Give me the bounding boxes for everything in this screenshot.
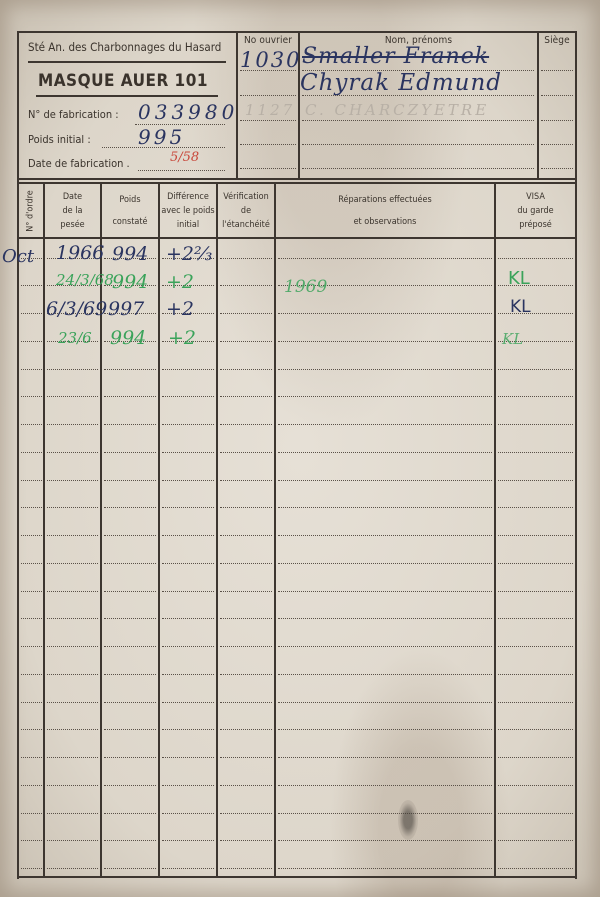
col-header-poids: Poids constaté [102, 184, 158, 237]
row-dotted-line [21, 674, 42, 675]
row-dotted-line [21, 313, 42, 314]
col-header-line: pesée [60, 218, 84, 232]
row-dotted-line [220, 674, 272, 675]
row-dotted-line [162, 674, 214, 675]
row-dotted-line [162, 646, 214, 647]
col-header-difference: Différence avec le poids initial [160, 184, 216, 237]
row-ordre-annotation: Oct [2, 247, 34, 267]
row-dotted-line [21, 507, 42, 508]
worker-number: 1030 [240, 48, 301, 72]
row-dotted-line [21, 868, 42, 869]
row-dotted-line [498, 674, 573, 675]
row-visa: KL [510, 297, 531, 317]
row-dotted-line [104, 840, 156, 841]
row-dotted-line [498, 591, 573, 592]
row-dotted-line [21, 424, 42, 425]
row-dotted-line [278, 396, 492, 397]
row-dotted-line [278, 313, 492, 314]
row-dotted-line [162, 868, 214, 869]
row-dotted-line [104, 813, 156, 814]
col-header-verification: Vérification de l'étanchéité [218, 184, 274, 237]
row-dotted-line [220, 341, 272, 342]
row-dotted-line [220, 452, 272, 453]
row-date: 24/3/68 [56, 270, 114, 290]
row-dotted-line [21, 646, 42, 647]
row-dotted-line [498, 396, 573, 397]
row-dotted-line [162, 840, 214, 841]
col-divider [494, 182, 496, 878]
fabrication-number-value: 033980 [138, 100, 238, 124]
fabrication-date-line [138, 170, 225, 171]
row-dotted-line [220, 563, 272, 564]
row-dotted-line [162, 369, 214, 370]
fabrication-date-value: 5/58 [170, 150, 199, 165]
row-dotted-line [220, 285, 272, 286]
row-dotted-line [21, 563, 42, 564]
row-dotted-line [162, 757, 214, 758]
row-dotted-line [21, 285, 42, 286]
row-dotted-line [278, 535, 492, 536]
col-divider [43, 182, 45, 878]
header-top-border [17, 31, 577, 33]
worker-line [240, 120, 296, 121]
right-border [575, 31, 577, 879]
row-dotted-line [278, 813, 492, 814]
row-dotted-line [47, 618, 98, 619]
row-dotted-line [220, 757, 272, 758]
row-dotted-line [278, 258, 492, 259]
col-header-line: Différence [161, 190, 214, 204]
row-dotted-line [498, 424, 573, 425]
row-dotted-line [104, 757, 156, 758]
row-visa: KL [502, 329, 523, 349]
worker-line [240, 95, 296, 96]
row-dotted-line [162, 424, 214, 425]
worker-number-faded: 1127 [245, 101, 295, 119]
row-dotted-line [47, 840, 98, 841]
col-divider [274, 182, 276, 878]
row-dotted-line [498, 535, 573, 536]
row-difference: +2 [166, 299, 194, 319]
col-divider [158, 182, 160, 878]
row-dotted-line [21, 452, 42, 453]
siege-label: Siège [539, 35, 575, 46]
row-dotted-line [21, 757, 42, 758]
row-dotted-line [498, 369, 573, 370]
row-dotted-line [162, 702, 214, 703]
row-dotted-line [220, 618, 272, 619]
initial-weight-label: Poids initial : [28, 133, 91, 146]
ink-stain [398, 800, 418, 840]
title-underline [36, 95, 218, 97]
row-dotted-line [104, 702, 156, 703]
row-dotted-line [47, 563, 98, 564]
worker-line [302, 168, 534, 169]
worker-line [240, 144, 296, 145]
col-header-line: VISA [517, 190, 553, 204]
row-date: 1966 [56, 243, 104, 263]
row-dotted-line [162, 618, 214, 619]
row-dotted-line [278, 868, 492, 869]
row-dotted-line [162, 396, 214, 397]
row-dotted-line [47, 396, 98, 397]
row-dotted-line [278, 424, 492, 425]
row-difference: +2 [168, 328, 196, 348]
col-header-line: Réparations effectuées [338, 189, 431, 211]
worker-line [302, 120, 534, 121]
row-dotted-line [47, 646, 98, 647]
row-dotted-line [220, 424, 272, 425]
company-line: Sté An. des Charbonnages du Hasard [28, 40, 221, 54]
row-dotted-line [498, 258, 573, 259]
worker-line [302, 144, 534, 145]
row-dotted-line [220, 396, 272, 397]
row-dotted-line [498, 563, 573, 564]
row-dotted-line [21, 535, 42, 536]
row-dotted-line [498, 757, 573, 758]
row-dotted-line [220, 258, 272, 259]
header-divider-siege [537, 31, 539, 179]
row-dotted-line [47, 757, 98, 758]
worker-line [541, 120, 573, 121]
row-dotted-line [47, 785, 98, 786]
row-dotted-line [498, 813, 573, 814]
row-dotted-line [498, 729, 573, 730]
row-dotted-line [498, 646, 573, 647]
row-dotted-line [498, 618, 573, 619]
header-bottom-border [17, 178, 577, 180]
row-dotted-line [21, 396, 42, 397]
company-name: Sté An. des Charbonnages du Hasard [28, 40, 221, 54]
row-dotted-line [47, 702, 98, 703]
col-header-line: avec le poids [161, 204, 214, 218]
worker-line [240, 168, 296, 169]
worker-line [541, 70, 573, 71]
row-dotted-line [278, 341, 492, 342]
row-dotted-line [498, 702, 573, 703]
row-poids: 994 [112, 272, 148, 292]
row-difference: +2 [166, 272, 194, 292]
row-dotted-line [104, 424, 156, 425]
row-dotted-line [162, 813, 214, 814]
row-dotted-line [47, 535, 98, 536]
row-dotted-line [47, 507, 98, 508]
row-dotted-line [104, 396, 156, 397]
col-header-visa: VISA du garde préposé [496, 184, 575, 237]
col-divider [216, 182, 218, 878]
row-dotted-line [220, 729, 272, 730]
row-dotted-line [278, 563, 492, 564]
row-dotted-line [162, 591, 214, 592]
row-dotted-line [21, 702, 42, 703]
row-dotted-line [47, 369, 98, 370]
row-dotted-line [278, 646, 492, 647]
row-dotted-line [220, 369, 272, 370]
row-visa: KL [508, 269, 530, 289]
row-observation: 1969 [284, 277, 327, 297]
row-poids: 997 [108, 299, 144, 319]
row-dotted-line [220, 480, 272, 481]
row-dotted-line [104, 785, 156, 786]
row-dotted-line [278, 702, 492, 703]
col-header-ordre-text: N° d'ordre [26, 190, 36, 231]
row-dotted-line [104, 618, 156, 619]
row-difference: +2⅔ [166, 244, 212, 264]
worker-name-faded: C. CHARCZYETRE [305, 101, 489, 119]
col-header-line: Date [60, 190, 84, 204]
worker-name-struck: Smaller Franek [302, 44, 489, 69]
row-dotted-line [21, 729, 42, 730]
row-poids: 994 [110, 328, 146, 348]
row-dotted-line [278, 618, 492, 619]
row-dotted-line [498, 452, 573, 453]
col-header-line: l'étanchéité [222, 218, 270, 232]
row-dotted-line [47, 674, 98, 675]
row-dotted-line [498, 868, 573, 869]
row-dotted-line [278, 729, 492, 730]
row-dotted-line [104, 369, 156, 370]
row-dotted-line [21, 785, 42, 786]
row-dotted-line [104, 591, 156, 592]
row-dotted-line [278, 785, 492, 786]
row-dotted-line [21, 369, 42, 370]
row-dotted-line [278, 480, 492, 481]
row-dotted-line [278, 757, 492, 758]
col-header-line: Poids [112, 193, 147, 207]
row-dotted-line [104, 674, 156, 675]
fabrication-date-label: Date de fabrication . [28, 157, 130, 170]
col-header-line: du garde [517, 204, 553, 218]
row-dotted-line [21, 591, 42, 592]
row-dotted-line [162, 452, 214, 453]
row-dotted-line [278, 674, 492, 675]
row-dotted-line [162, 563, 214, 564]
row-dotted-line [47, 480, 98, 481]
row-dotted-line [498, 480, 573, 481]
row-dotted-line [162, 480, 214, 481]
row-dotted-line [220, 840, 272, 841]
row-dotted-line [162, 535, 214, 536]
row-dotted-line [47, 813, 98, 814]
row-dotted-line [278, 507, 492, 508]
row-date: 6/3/69 [46, 299, 107, 319]
row-dotted-line [162, 729, 214, 730]
company-underline [28, 61, 226, 63]
no-ouvrier-label: No ouvrier [238, 35, 298, 46]
col-header-reparations: Réparations effectuées et observations [276, 184, 494, 237]
col-header-line: Vérification [222, 190, 270, 204]
row-dotted-line [104, 452, 156, 453]
row-dotted-line [220, 507, 272, 508]
row-dotted-line [278, 369, 492, 370]
col-header-line: de [222, 204, 270, 218]
row-dotted-line [220, 785, 272, 786]
worker-line [541, 95, 573, 96]
row-dotted-line [220, 535, 272, 536]
row-dotted-line [104, 563, 156, 564]
row-dotted-line [47, 591, 98, 592]
col-header-date: Date de la pesée [45, 184, 100, 237]
row-dotted-line [162, 785, 214, 786]
row-dotted-line [21, 813, 42, 814]
worker-name: Chyrak Edmund [300, 70, 502, 96]
row-dotted-line [220, 591, 272, 592]
document-card: Sté An. des Charbonnages du Hasard MASQU… [0, 0, 600, 897]
row-dotted-line [21, 341, 42, 342]
row-dotted-line [220, 868, 272, 869]
row-dotted-line [278, 591, 492, 592]
row-dotted-line [498, 507, 573, 508]
row-dotted-line [21, 480, 42, 481]
row-dotted-line [498, 785, 573, 786]
row-dotted-line [47, 424, 98, 425]
col-header-line: initial [161, 218, 214, 232]
row-dotted-line [21, 618, 42, 619]
row-dotted-line [47, 729, 98, 730]
row-dotted-line [104, 507, 156, 508]
row-dotted-line [220, 313, 272, 314]
col-header-line: constaté [112, 215, 147, 229]
row-dotted-line [220, 646, 272, 647]
worker-line [541, 168, 573, 169]
row-dotted-line [47, 452, 98, 453]
row-dotted-line [278, 840, 492, 841]
row-dotted-line [104, 729, 156, 730]
row-dotted-line [104, 480, 156, 481]
row-poids: 994 [112, 244, 148, 264]
row-dotted-line [498, 840, 573, 841]
row-dotted-line [220, 702, 272, 703]
row-dotted-line [47, 868, 98, 869]
left-border [17, 31, 19, 879]
col-header-ordre: N° d'ordre [19, 184, 43, 237]
fabrication-number-label: N° de fabrication : [28, 108, 119, 121]
row-dotted-line [162, 507, 214, 508]
row-dotted-line [21, 840, 42, 841]
row-dotted-line [220, 813, 272, 814]
mask-title: MASQUE AUER 101 [38, 71, 208, 91]
row-dotted-line [278, 452, 492, 453]
row-dotted-line [104, 868, 156, 869]
col-header-line: de la [60, 204, 84, 218]
row-dotted-line [104, 535, 156, 536]
initial-weight-value: 995 [138, 125, 185, 149]
row-date: 23/6 [58, 328, 92, 348]
col-header-line: et observations [338, 211, 431, 233]
col-header-line: préposé [517, 218, 553, 232]
worker-line [541, 144, 573, 145]
row-dotted-line [104, 646, 156, 647]
